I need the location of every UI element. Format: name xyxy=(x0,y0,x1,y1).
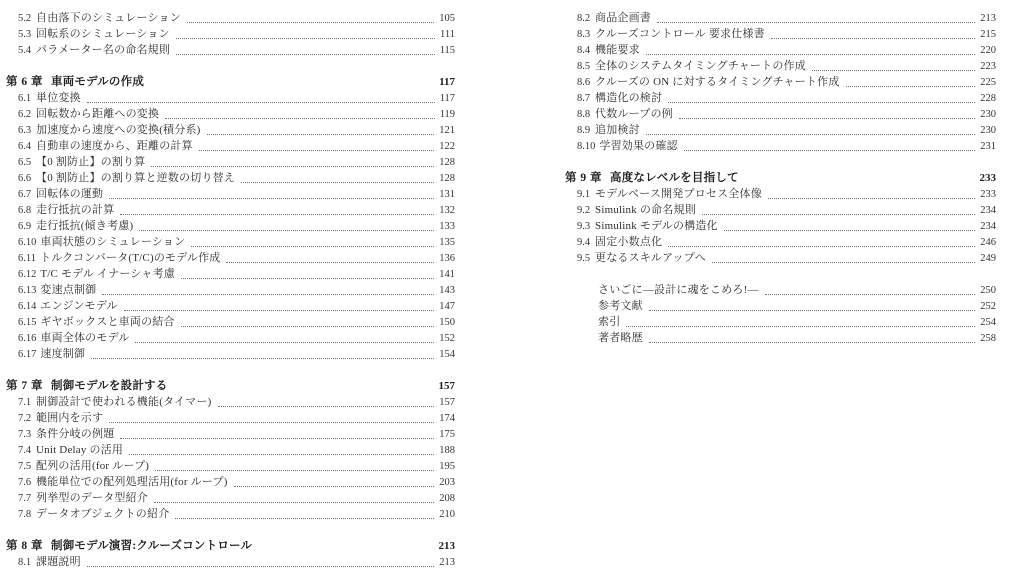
dot-leader xyxy=(657,22,975,23)
toc-entry-row: 9.2Simulink の命名規則234 xyxy=(565,202,996,218)
toc-chapter-row: 第 9 章高度なレベルを目指して233 xyxy=(565,170,996,186)
toc-column-left: 5.2自由落下のシミュレーション1055.3回転系のシミュレーション1115.4… xyxy=(6,10,455,570)
toc-entry-row: 6.3加速度から速度への変換(積分系)121 xyxy=(6,122,455,138)
section-title: Simulink の命名規則 xyxy=(595,202,696,218)
toc-entry-row: 6.12T/C モデル イナーシャ考慮141 xyxy=(6,266,455,282)
dot-leader xyxy=(771,38,975,39)
section-number: 7.2 xyxy=(18,411,32,427)
dot-leader xyxy=(154,502,434,503)
toc-entry-row: 7.3条件分岐の例題175 xyxy=(6,426,455,442)
section-page-number: 246 xyxy=(980,235,996,251)
section-title: 機能要求 xyxy=(595,42,640,58)
section-title: 機能単位での配列処理活用(for ループ) xyxy=(36,474,228,490)
toc-entry-row: 6.8走行抵抗の計算132 xyxy=(6,202,455,218)
toc-chapter-row: 第 6 章車両モデルの作成117 xyxy=(6,74,455,90)
toc-entry-row: 6.14エンジンモデル147 xyxy=(6,298,455,314)
toc-entry-row: 5.3回転系のシミュレーション111 xyxy=(6,26,455,42)
section-title: パラメーター名の命名規則 xyxy=(36,42,170,58)
toc-entry-row: 8.2商品企画書213 xyxy=(565,10,996,26)
section-page-number: 121 xyxy=(439,123,455,139)
section-number: 6.7 xyxy=(18,187,32,203)
section-page-number: 105 xyxy=(439,11,455,27)
toc-entry-row: 7.2範囲内を示す174 xyxy=(6,410,455,426)
section-page-number: 143 xyxy=(439,283,455,299)
toc-entry-row: 8.3クルーズコントロール 要求仕様書215 xyxy=(565,26,996,42)
dot-leader xyxy=(151,166,434,167)
dot-leader xyxy=(765,294,976,295)
section-number: 8.1 xyxy=(18,555,32,571)
section-page-number: 188 xyxy=(439,443,455,459)
section-number: 8.2 xyxy=(577,11,591,27)
toc-entry-row: 5.4パラメーター名の命名規則115 xyxy=(6,42,455,58)
section-number: 6.11 xyxy=(18,251,36,267)
section-number: 8.8 xyxy=(577,107,591,123)
section-number: 9.3 xyxy=(577,219,591,235)
section-page-number: 119 xyxy=(440,107,455,123)
dot-leader xyxy=(768,198,975,199)
section-number: 6.16 xyxy=(18,331,36,347)
section-number: 6.10 xyxy=(18,235,36,251)
toc-entry-row: 8.7構造化の検討228 xyxy=(565,90,996,106)
toc-backmatter-row: さいごに―設計に魂をこめろ!―250 xyxy=(565,282,996,298)
chapter-number-label: 第 7 章 xyxy=(6,378,43,394)
section-page-number: 220 xyxy=(980,43,996,59)
backmatter-title: 著者略歴 xyxy=(598,330,643,346)
section-page-number: 231 xyxy=(980,139,996,155)
chapter-page-number: 157 xyxy=(439,378,456,394)
dot-leader xyxy=(87,566,434,567)
section-number: 6.13 xyxy=(18,283,36,299)
section-page-number: 131 xyxy=(439,187,455,203)
toc-entry-row: 6.5【0 割防止】の割り算128 xyxy=(6,154,455,170)
section-number: 7.1 xyxy=(18,395,32,411)
toc-entry-row: 8.9追加検討230 xyxy=(565,122,996,138)
dot-leader xyxy=(176,54,435,55)
section-title: エンジンモデル xyxy=(40,298,117,314)
chapter-title: 制御モデル演習:クルーズコントロール xyxy=(51,538,252,554)
toc-spacer xyxy=(6,362,455,378)
toc-entry-row: 8.8代数ループの例230 xyxy=(565,106,996,122)
section-page-number: 213 xyxy=(439,555,455,571)
chapter-number-label: 第 6 章 xyxy=(6,74,43,90)
section-number: 8.5 xyxy=(577,59,591,75)
toc-entry-row: 7.7列挙型のデータ型紹介208 xyxy=(6,490,455,506)
dot-leader xyxy=(129,454,434,455)
section-page-number: 157 xyxy=(439,395,455,411)
toc-entry-row: 6.16車両全体のモデル152 xyxy=(6,330,455,346)
section-title: 全体のシステムタイミングチャートの作成 xyxy=(595,58,806,74)
section-title: 更なるスキルアップへ xyxy=(595,250,706,266)
toc-entry-row: 6.13変速点制御143 xyxy=(6,282,455,298)
toc-entry-row: 8.4機能要求220 xyxy=(565,42,996,58)
section-title: クルーズコントロール 要求仕様書 xyxy=(595,26,765,42)
section-title: 制御設計で使われる機能(タイマー) xyxy=(36,394,212,410)
section-page-number: 132 xyxy=(439,203,455,219)
toc-column-right: 8.2商品企画書2138.3クルーズコントロール 要求仕様書2158.4機能要求… xyxy=(565,10,996,346)
chapter-page-number: 233 xyxy=(980,170,997,186)
dot-leader xyxy=(241,182,434,183)
dot-leader xyxy=(135,342,434,343)
dot-leader xyxy=(649,342,975,343)
toc-spacer xyxy=(6,58,455,74)
toc-entry-row: 6.4自動車の速度から、距離の計算122 xyxy=(6,138,455,154)
section-number: 6.8 xyxy=(18,203,32,219)
backmatter-title: 参考文献 xyxy=(598,298,643,314)
section-page-number: 210 xyxy=(439,507,455,523)
section-page-number: 133 xyxy=(439,219,455,235)
toc-entry-row: 7.1制御設計で使われる機能(タイマー)157 xyxy=(6,394,455,410)
section-title: 単位変換 xyxy=(36,90,81,106)
dot-leader xyxy=(124,310,435,311)
toc-entry-row: 6.1単位変換117 xyxy=(6,90,455,106)
section-number: 7.4 xyxy=(18,443,32,459)
toc-entry-row: 6.2回転数から距離への変換119 xyxy=(6,106,455,122)
section-number: 6.3 xyxy=(18,123,32,139)
section-number: 6.9 xyxy=(18,219,32,235)
toc-entry-row: 8.6クルーズの ON に対するタイミングチャート作成225 xyxy=(565,74,996,90)
toc-entry-row: 9.3Simulink モデルの構造化234 xyxy=(565,218,996,234)
dot-leader xyxy=(846,86,976,87)
toc-entry-row: 8.5全体のシステムタイミングチャートの作成223 xyxy=(565,58,996,74)
section-number: 8.9 xyxy=(577,123,591,139)
dot-leader xyxy=(139,230,434,231)
section-title: モデルベース開発プロセス全体像 xyxy=(595,186,762,202)
toc-entry-row: 6.15ギヤボックスと車両の結合150 xyxy=(6,314,455,330)
section-number: 7.7 xyxy=(18,491,32,507)
section-number: 8.6 xyxy=(577,75,591,91)
section-number: 6.5 xyxy=(18,155,32,171)
dot-leader xyxy=(234,486,435,487)
section-page-number: 230 xyxy=(980,123,996,139)
dot-leader xyxy=(165,118,434,119)
dot-leader xyxy=(87,102,435,103)
section-page-number: 234 xyxy=(980,203,996,219)
section-title: 代数ループの例 xyxy=(595,106,673,122)
backmatter-page-number: 252 xyxy=(980,299,996,315)
toc-backmatter-row: 著者略歴258 xyxy=(565,330,996,346)
section-number: 9.1 xyxy=(577,187,591,203)
section-number: 8.10 xyxy=(577,139,595,155)
section-page-number: 234 xyxy=(980,219,996,235)
section-title: 商品企画書 xyxy=(595,10,651,26)
section-title: 速度制御 xyxy=(40,346,85,362)
section-number: 6.2 xyxy=(18,107,32,123)
section-title: 自動車の速度から、距離の計算 xyxy=(36,138,193,154)
section-title: 配列の活用(for ループ) xyxy=(36,458,149,474)
backmatter-page-number: 254 xyxy=(980,315,996,331)
section-page-number: 175 xyxy=(439,427,455,443)
dot-leader xyxy=(626,326,975,327)
section-page-number: 195 xyxy=(439,459,455,475)
dot-leader xyxy=(199,150,434,151)
section-title: データオブジェクトの紹介 xyxy=(36,506,169,522)
section-title: 回転体の運動 xyxy=(36,186,103,202)
section-page-number: 141 xyxy=(439,267,455,283)
section-page-number: 208 xyxy=(439,491,455,507)
dot-leader xyxy=(187,22,434,23)
toc-backmatter-row: 索引254 xyxy=(565,314,996,330)
toc-spacer xyxy=(565,266,996,282)
book-toc-spread: 5.2自由落下のシミュレーション1055.3回転系のシミュレーション1115.4… xyxy=(0,0,1024,575)
section-page-number: 128 xyxy=(439,171,455,187)
section-number: 6.17 xyxy=(18,347,36,363)
backmatter-page-number: 250 xyxy=(980,283,996,299)
toc-chapter-row: 第 8 章制御モデル演習:クルーズコントロール213 xyxy=(6,538,455,554)
section-page-number: 147 xyxy=(439,299,455,315)
section-title: 追加検討 xyxy=(595,122,640,138)
toc-entry-row: 7.4Unit Delay の活用188 xyxy=(6,442,455,458)
section-number: 8.4 xyxy=(577,43,591,59)
section-page-number: 174 xyxy=(439,411,455,427)
section-page-number: 230 xyxy=(980,107,996,123)
section-page-number: 215 xyxy=(980,27,996,43)
dot-leader xyxy=(649,310,975,311)
dot-leader xyxy=(712,262,975,263)
section-title: 車両全体のモデル xyxy=(40,330,129,346)
backmatter-title: さいごに―設計に魂をこめろ!― xyxy=(598,282,759,298)
section-number: 5.3 xyxy=(18,27,32,43)
section-page-number: 249 xyxy=(980,251,996,267)
section-title: 【0 割防止】の割り算と逆数の切り替え xyxy=(36,170,235,186)
section-title: Unit Delay の活用 xyxy=(36,442,123,458)
toc-entry-row: 7.8データオブジェクトの紹介210 xyxy=(6,506,455,522)
section-page-number: 228 xyxy=(980,91,996,107)
dot-leader xyxy=(226,262,434,263)
dot-leader xyxy=(120,438,434,439)
dot-leader xyxy=(646,134,975,135)
chapter-number-label: 第 8 章 xyxy=(6,538,43,554)
section-title: 構造化の検討 xyxy=(595,90,662,106)
toc-entry-row: 8.1課題説明213 xyxy=(6,554,455,570)
dot-leader xyxy=(109,198,434,199)
section-page-number: 128 xyxy=(439,155,455,171)
section-title: 課題説明 xyxy=(36,554,81,570)
dot-leader xyxy=(812,70,975,71)
dot-leader xyxy=(181,278,434,279)
toc-entry-row: 5.2自由落下のシミュレーション105 xyxy=(6,10,455,26)
section-page-number: 225 xyxy=(980,75,996,91)
section-number: 6.1 xyxy=(18,91,32,107)
section-number: 7.5 xyxy=(18,459,32,475)
dot-leader xyxy=(646,54,975,55)
section-number: 7.8 xyxy=(18,507,32,523)
section-title: ギヤボックスと車両の結合 xyxy=(40,314,174,330)
dot-leader xyxy=(702,214,975,215)
dot-leader xyxy=(668,246,975,247)
section-page-number: 117 xyxy=(440,91,455,107)
section-number: 6.12 xyxy=(18,267,36,283)
dot-leader xyxy=(155,470,434,471)
section-page-number: 136 xyxy=(439,251,455,267)
chapter-title: 高度なレベルを目指して xyxy=(610,170,739,186)
dot-leader xyxy=(120,214,434,215)
backmatter-page-number: 258 xyxy=(980,331,996,347)
backmatter-title: 索引 xyxy=(598,314,620,330)
section-page-number: 203 xyxy=(439,475,455,491)
section-page-number: 111 xyxy=(440,27,455,43)
section-title: 列挙型のデータ型紹介 xyxy=(36,490,148,506)
toc-entry-row: 9.5更なるスキルアップへ249 xyxy=(565,250,996,266)
section-title: トルクコンバータ(T/C)のモデル作成 xyxy=(40,250,220,266)
section-title: 固定小数点化 xyxy=(595,234,662,250)
toc-entry-row: 7.5配列の活用(for ループ)195 xyxy=(6,458,455,474)
section-title: 自由落下のシミュレーション xyxy=(36,10,181,26)
toc-entry-row: 6.11トルクコンバータ(T/C)のモデル作成136 xyxy=(6,250,455,266)
section-number: 7.3 xyxy=(18,427,32,443)
section-number: 6.6 xyxy=(18,171,32,187)
toc-chapter-row: 第 7 章制御モデルを設計する157 xyxy=(6,378,455,394)
dot-leader xyxy=(91,358,434,359)
toc-entry-row: 6.10車両状態のシミュレーション135 xyxy=(6,234,455,250)
section-title: 車両状態のシミュレーション xyxy=(40,234,185,250)
dot-leader xyxy=(191,246,434,247)
section-number: 8.7 xyxy=(577,91,591,107)
section-title: Simulink モデルの構造化 xyxy=(595,218,718,234)
section-page-number: 152 xyxy=(439,331,455,347)
chapter-title: 車両モデルの作成 xyxy=(51,74,144,90)
dot-leader xyxy=(679,118,975,119)
toc-backmatter-row: 参考文献252 xyxy=(565,298,996,314)
section-number: 9.2 xyxy=(577,203,591,219)
section-title: 範囲内を示す xyxy=(36,410,103,426)
section-title: 学習効果の確認 xyxy=(599,138,677,154)
dot-leader xyxy=(684,150,975,151)
section-page-number: 154 xyxy=(439,347,455,363)
dot-leader xyxy=(176,38,435,39)
chapter-number-label: 第 9 章 xyxy=(565,170,602,186)
toc-entry-row: 6.9走行抵抗(傾き考慮)133 xyxy=(6,218,455,234)
toc-entry-row: 9.1モデルベース開発プロセス全体像233 xyxy=(565,186,996,202)
section-page-number: 233 xyxy=(980,187,996,203)
toc-entry-row: 6.7回転体の運動131 xyxy=(6,186,455,202)
chapter-page-number: 117 xyxy=(439,74,455,90)
dot-leader xyxy=(102,294,434,295)
section-number: 5.4 xyxy=(18,43,32,59)
dot-leader xyxy=(175,518,434,519)
chapter-title: 制御モデルを設計する xyxy=(51,378,167,394)
section-title: 回転系のシミュレーション xyxy=(36,26,170,42)
section-title: 走行抵抗(傾き考慮) xyxy=(36,218,133,234)
section-number: 6.4 xyxy=(18,139,32,155)
dot-leader xyxy=(181,326,435,327)
section-title: 加速度から速度への変換(積分系) xyxy=(36,122,201,138)
section-number: 7.6 xyxy=(18,475,32,491)
section-title: T/C モデル イナーシャ考慮 xyxy=(40,266,175,282)
section-page-number: 135 xyxy=(439,235,455,251)
section-number: 6.15 xyxy=(18,315,36,331)
section-title: 走行抵抗の計算 xyxy=(36,202,114,218)
section-title: 条件分岐の例題 xyxy=(36,426,114,442)
dot-leader xyxy=(109,422,434,423)
toc-entry-row: 6.6【0 割防止】の割り算と逆数の切り替え128 xyxy=(6,170,455,186)
section-page-number: 150 xyxy=(439,315,455,331)
section-page-number: 122 xyxy=(439,139,455,155)
section-title: 変速点制御 xyxy=(40,282,96,298)
section-number: 5.2 xyxy=(18,11,32,27)
section-number: 6.14 xyxy=(18,299,36,315)
dot-leader xyxy=(668,102,975,103)
section-title: 【0 割防止】の割り算 xyxy=(36,154,145,170)
dot-leader xyxy=(207,134,435,135)
section-page-number: 213 xyxy=(980,11,996,27)
section-page-number: 115 xyxy=(440,43,455,59)
dot-leader xyxy=(218,406,435,407)
toc-entry-row: 6.17速度制御154 xyxy=(6,346,455,362)
section-title: 回転数から距離への変換 xyxy=(36,106,159,122)
toc-spacer xyxy=(565,154,996,170)
chapter-page-number: 213 xyxy=(439,538,456,554)
section-page-number: 223 xyxy=(980,59,996,75)
toc-entry-row: 9.4固定小数点化246 xyxy=(565,234,996,250)
toc-entry-row: 8.10学習効果の確認231 xyxy=(565,138,996,154)
section-title: クルーズの ON に対するタイミングチャート作成 xyxy=(595,74,840,90)
toc-entry-row: 7.6機能単位での配列処理活用(for ループ)203 xyxy=(6,474,455,490)
section-number: 8.3 xyxy=(577,27,591,43)
dot-leader xyxy=(724,230,976,231)
section-number: 9.4 xyxy=(577,235,591,251)
toc-spacer xyxy=(6,522,455,538)
section-number: 9.5 xyxy=(577,251,591,267)
